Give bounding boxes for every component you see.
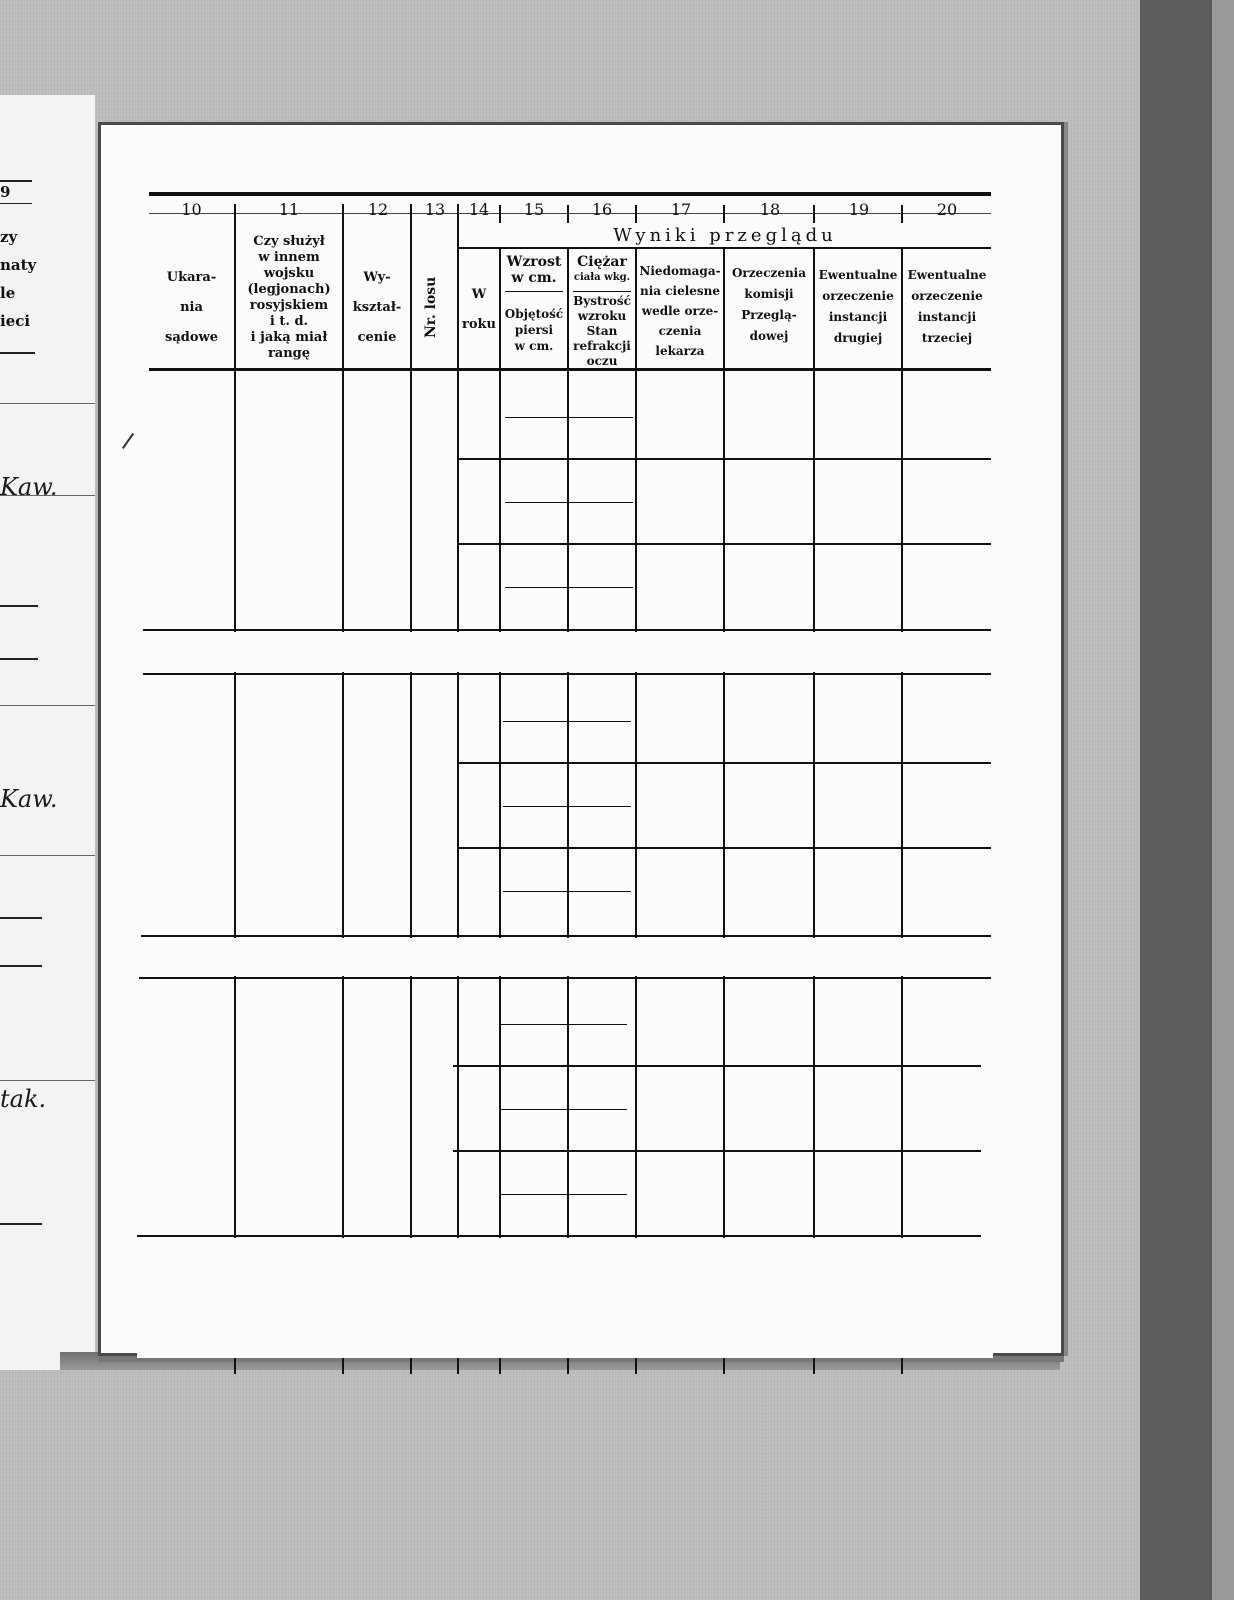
col-divider (342, 204, 344, 1374)
column-header-niedomagania: Niedomaga- nia cielesne wedle orze- czen… (637, 255, 723, 367)
prev-header-fragment: le (0, 286, 15, 301)
column-number-17: 17 (637, 200, 725, 220)
header-line: w cm. (511, 270, 556, 286)
scan-shadow-strip (1140, 0, 1212, 1600)
header-line: Bystrość (573, 294, 631, 309)
column-number-20: 20 (903, 200, 991, 220)
header-line: Ciężar (577, 255, 627, 270)
header-line: Stan (587, 324, 618, 339)
column-header-instancji-trzeciej: Ewentualne orzeczenie instancji trzeciej (903, 255, 991, 359)
col-divider (234, 204, 236, 1374)
header-line: Wy- (363, 263, 390, 293)
prev-column-number: 9 (0, 185, 10, 200)
prev-thin-line (0, 1080, 95, 1081)
header-line: nia (180, 293, 203, 323)
prev-header-fragment: ieci (0, 314, 30, 329)
column-header-orzeczenia-komisji: Orzeczenia komisji Przeglą- dowej (725, 255, 813, 355)
handwritten-entry: tak. (0, 1085, 46, 1113)
column-header-instancji-drugiej: Ewentualne orzeczenie instancji drugiej (815, 255, 901, 359)
header-line: Ukara- (167, 263, 216, 293)
half-rule (499, 1024, 627, 1025)
prev-header-fragment: zy (0, 230, 17, 245)
half-rule (503, 806, 631, 807)
num-divider (567, 205, 569, 223)
header-line: instancji (918, 307, 976, 328)
prev-rule (0, 605, 38, 607)
prev-rule (0, 965, 42, 967)
header-line: Przeglą- (741, 305, 797, 326)
column-number-12: 12 (344, 200, 412, 220)
half-rule (505, 502, 633, 503)
header-line: Ewentualne (908, 265, 987, 286)
handwritten-entry: Kaw. (0, 473, 58, 501)
header-line: oczu (587, 354, 618, 369)
col15-split-rule (505, 291, 563, 292)
column-header-w-roku: W roku (459, 255, 499, 365)
form-page: 10 11 12 13 14 15 16 17 18 19 20 Wyniki … (98, 122, 1064, 1356)
header-line: refrakcji (573, 339, 631, 354)
prev-rule (0, 658, 38, 660)
num-divider (635, 205, 637, 223)
header-line: instancji (829, 307, 887, 328)
header-line: wedle orze- (642, 301, 718, 321)
col-divider (499, 249, 501, 1374)
col-divider (723, 249, 725, 1374)
num-divider (813, 205, 815, 223)
half-rule (503, 721, 631, 722)
subrow-rule (453, 1065, 981, 1067)
header-line: w cm. (515, 338, 554, 354)
num-divider (901, 205, 903, 223)
column-header-objetosc-piersi: Objętość piersi w cm. (501, 295, 567, 365)
num-divider (723, 205, 725, 223)
header-line: Ewentualne (819, 265, 898, 286)
subrow-rule (453, 1150, 981, 1152)
page-bottom-margin (137, 1238, 993, 1358)
block-bottom-rule (137, 1235, 981, 1237)
block-gap (141, 632, 993, 672)
header-line: czenia (659, 321, 702, 341)
column-number-19: 19 (815, 200, 903, 220)
header-line: drugiej (834, 328, 882, 349)
column-header-ciezar: Ciężar ciała wkg. (569, 251, 635, 289)
block-top-rule (143, 673, 991, 675)
header-line: Wzrost (507, 254, 562, 270)
half-rule (505, 417, 633, 418)
prev-rule (0, 1223, 42, 1225)
prev-rule (0, 180, 32, 182)
column-header-nr-losu: Nr. losu (423, 278, 439, 338)
subrow-rule (459, 543, 991, 545)
pen-mark (122, 433, 134, 449)
scan-edge (1212, 0, 1234, 1600)
header-line: piersi (515, 322, 553, 338)
header-line: Czy służył (253, 234, 325, 250)
header-line: roku (462, 310, 496, 340)
header-line: Orzeczenia (732, 263, 806, 284)
column-number-18: 18 (725, 200, 815, 220)
form-table: 10 11 12 13 14 15 16 17 18 19 20 Wyniki … (101, 125, 1061, 1353)
prev-thin-line (0, 403, 95, 404)
header-line: i t. d. (270, 314, 308, 330)
previous-page-fragment: 9 zy naty le ieci Kaw. Kaw. tak. (0, 95, 95, 1370)
block-gap (139, 938, 993, 976)
prev-rule (0, 203, 32, 204)
num-divider (499, 205, 501, 223)
column-header-bystrosc-wzroku: Bystrość wzroku Stan refrakcji oczu (569, 291, 635, 371)
header-line: rangę (268, 346, 310, 362)
column-number-16: 16 (569, 200, 635, 220)
block-bottom-rule (143, 629, 991, 631)
block-bottom-rule (141, 935, 991, 937)
header-line: Niedomaga- (639, 261, 720, 281)
column-number-11: 11 (236, 200, 342, 220)
half-rule (499, 1109, 627, 1110)
wyniki-rule (459, 247, 991, 249)
half-rule (505, 587, 633, 588)
column-header-ukarania: Ukara- nia sądowe (149, 249, 234, 367)
prev-header-fragment: naty (0, 258, 36, 273)
col-divider (901, 249, 903, 1374)
header-line: orzeczenie (822, 286, 893, 307)
header-line: kształ- (353, 293, 402, 323)
header-line: (legjonach) (247, 282, 330, 298)
block-top-rule (139, 977, 991, 979)
column-number-10: 10 (149, 200, 234, 220)
column-header-czy-sluzyl: Czy służył w innem wojsku (legjonach) ro… (236, 225, 342, 370)
col-divider (635, 249, 637, 1374)
half-rule (499, 1194, 627, 1195)
prev-thin-line (0, 855, 95, 856)
col-divider (813, 249, 815, 1374)
header-line: dowej (750, 326, 789, 347)
prev-thin-line (0, 705, 95, 706)
subrow-rule (459, 458, 991, 460)
header-line: trzeciej (922, 328, 972, 349)
col-divider (410, 204, 412, 1374)
header-line: Objętość (505, 306, 563, 322)
header-line: sądowe (165, 323, 218, 353)
column-header-wzrost: Wzrost w cm. (501, 251, 567, 289)
header-line: lekarza (655, 341, 704, 361)
subrow-rule (457, 847, 991, 849)
column-number-15: 15 (501, 200, 567, 220)
prev-rule (0, 917, 42, 919)
header-line: wojsku (264, 266, 314, 282)
header-top-rule (149, 192, 991, 196)
column-header-wyksztalcenie: Wy- kształ- cenie (344, 249, 410, 367)
prev-rule (0, 352, 35, 354)
header-line: komisji (744, 284, 793, 305)
half-rule (503, 891, 631, 892)
header-line: rosyjskiem (250, 298, 328, 314)
column-number-13: 13 (412, 200, 458, 220)
header-line: W (472, 280, 487, 310)
header-line: w innem (258, 250, 320, 266)
header-line: orzeczenie (911, 286, 982, 307)
header-line: ciała wkg. (574, 270, 630, 285)
column-number-14: 14 (459, 200, 499, 220)
header-line: i jaką miał (251, 330, 328, 346)
header-line: cenie (358, 323, 397, 353)
prev-thin-line (0, 495, 95, 496)
col-divider (457, 204, 459, 1374)
header-line: wzroku (578, 309, 627, 324)
header-line: nia cielesne (640, 281, 720, 301)
subrow-rule (457, 762, 991, 764)
section-title-wyniki-przegladu: Wyniki przeglądu (465, 225, 985, 246)
handwritten-entry: Kaw. (0, 785, 58, 813)
